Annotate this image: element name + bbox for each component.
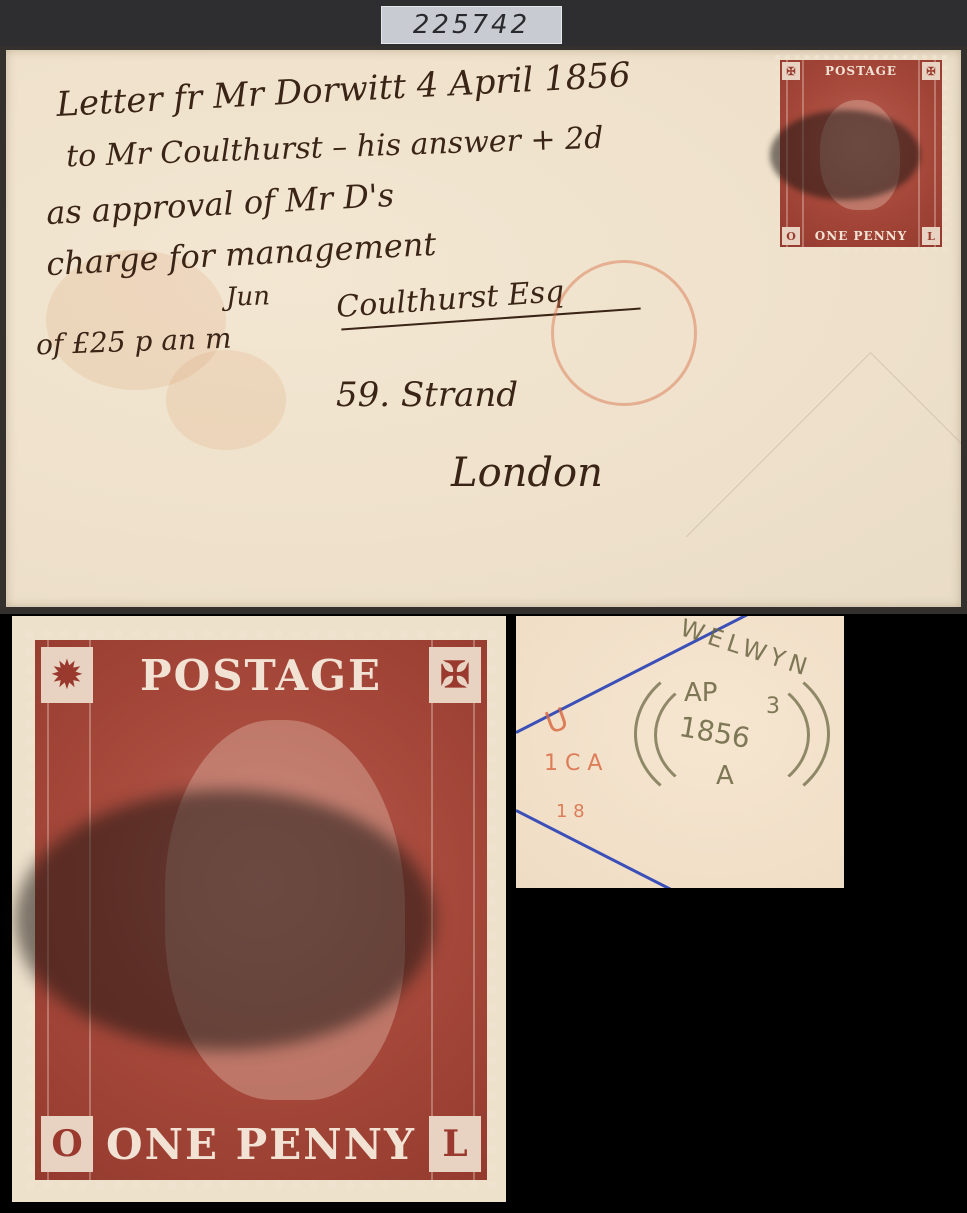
stamp-value-text: ONE PENNY [99,1120,423,1169]
foxing-stain [166,350,286,450]
postmark-code: A [716,761,734,791]
stamp-postage-text: POSTAGE [802,64,920,78]
corner-letter-right: L [922,227,940,245]
postmark-month: AP [684,678,717,708]
numeral-cancel [15,790,435,1050]
penny-red-stamp-enlarged: ✹ POSTAGE ✠ O ONE PENNY L [35,640,487,1180]
addressee-name: Coulthurst Esq [335,274,565,325]
envelope-flap [686,352,961,607]
numeral-cancel [770,110,920,200]
penny-red-stamp: ✠ POSTAGE ✠ O ONE PENNY L [780,60,942,247]
corner-letter-left: O [41,1116,93,1172]
docket-line-1: Letter fr Mr Dorwitt 4 April 1856 [55,55,631,125]
docket-line-3: as approval of Mr D's [45,176,395,232]
blue-crayon-line [516,809,695,888]
corner-star-icon: ✹ [41,647,93,703]
corner-star-icon: ✠ [429,647,481,703]
postmark-enlargement-panel: U 1 C A 1 8 WELWYN AP 3 1856 A [516,616,844,888]
red-datestamp-fragment: 1 C A [544,751,602,776]
red-datestamp-fragment: 1 8 [556,801,585,822]
red-datestamp [551,260,697,406]
docket-line-2: to Mr Coulthurst – his answer + 2d [66,121,604,175]
stamp-value-text: ONE PENNY [802,229,920,243]
docket-line-4: charge for management [45,225,437,283]
envelope-cover: Letter fr Mr Dorwitt 4 April 1856 to Mr … [6,50,961,607]
corner-letter-left: O [782,227,800,245]
postmark-day: 3 [766,694,780,719]
corner-letter-right: L [429,1116,481,1172]
docket-line-6: of £25 p an m [35,322,232,362]
reference-label: 225742 [381,6,562,44]
address-city: London [451,450,603,496]
docket-line-5: Jun [225,281,270,313]
corner-star-icon: ✠ [922,62,940,80]
stamp-postage-text: POSTAGE [99,651,423,700]
address-street: 59. Strand [336,375,518,415]
corner-star-icon: ✠ [782,62,800,80]
